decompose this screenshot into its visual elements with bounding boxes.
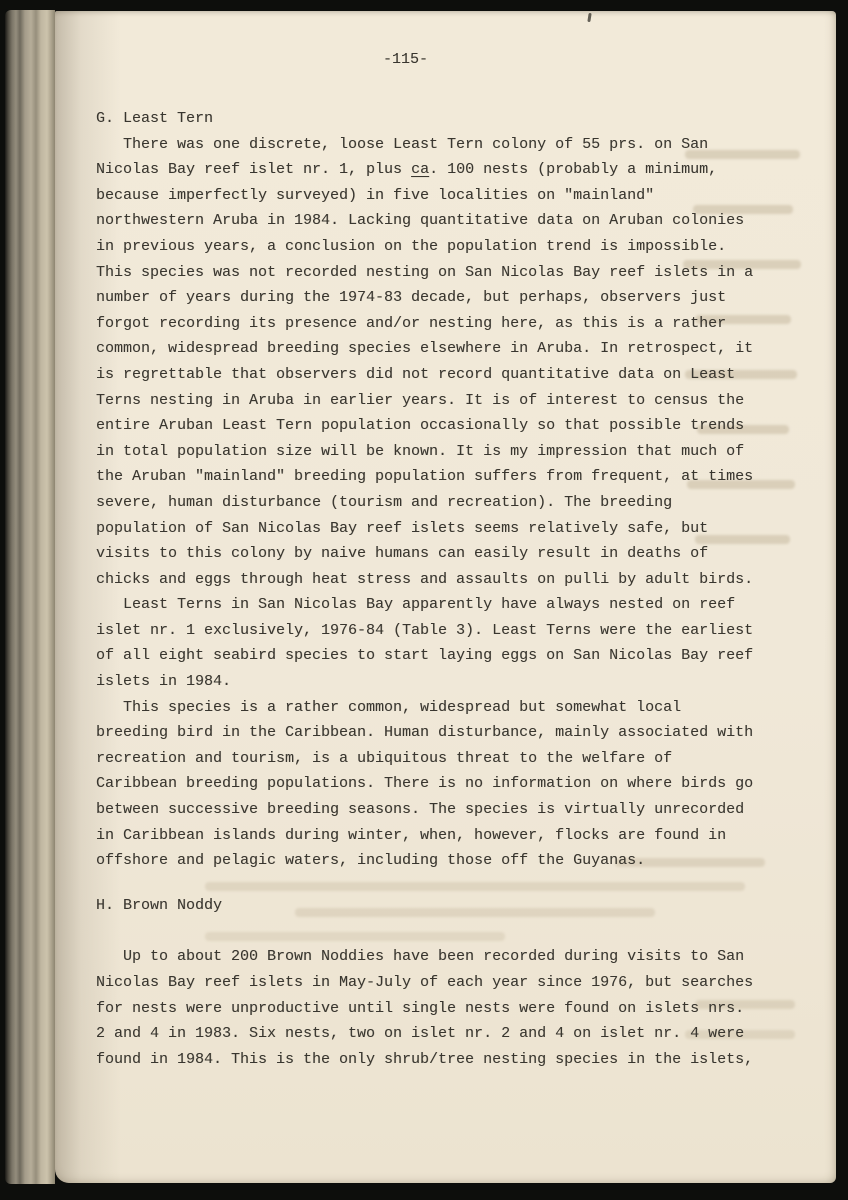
text-line: because imperfectly surveyed) in five lo… [96,183,776,209]
text-line: number of years during the 1974-83 decad… [96,285,776,311]
text-line: 2 and 4 in 1983. Six nests, two on islet… [96,1021,776,1047]
text-line: Terns nesting in Aruba in earlier years.… [96,388,776,414]
text-line: Caribbean breeding populations. There is… [96,771,776,797]
paragraph: Up to about 200 Brown Noddies have been … [96,944,776,1072]
underlined-text: ca [411,161,429,178]
text-line: Up to about 200 Brown Noddies have been … [96,944,776,970]
section-heading: H. Brown Noddy [96,893,776,919]
scanned-book-photo: -115- G. Least Tern There was one discre… [0,0,848,1200]
text-line: There was one discrete, loose Least Tern… [96,132,776,158]
text-line: in total population size will be known. … [96,439,776,465]
paragraph: This species is a rather common, widespr… [96,695,776,874]
text-line: islets in 1984. [96,669,776,695]
text-line: the Aruban "mainland" breeding populatio… [96,464,776,490]
text-line: visits to this colony by naive humans ca… [96,541,776,567]
text-line: This species was not recorded nesting on… [96,260,776,286]
text-line: entire Aruban Least Tern population occa… [96,413,776,439]
text-segment: Nicolas Bay reef islet nr. 1, plus [96,161,411,178]
document-page: -115- G. Least Tern There was one discre… [55,11,836,1183]
text-line: in previous years, a conclusion on the p… [96,234,776,260]
text-segment: . 100 nests (probably a minimum, [429,161,717,178]
text-line: population of San Nicolas Bay reef islet… [96,516,776,542]
text-line: forgot recording its presence and/or nes… [96,311,776,337]
text-line: for nests were unproductive until single… [96,996,776,1022]
text-line: in Caribbean islands during winter, when… [96,823,776,849]
paragraph: Least Terns in San Nicolas Bay apparentl… [96,592,776,694]
text-line: of all eight seabird species to start la… [96,643,776,669]
text-line: northwestern Aruba in 1984. Lacking quan… [96,208,776,234]
text-line: Nicolas Bay reef islets in May-July of e… [96,970,776,996]
text-line: common, widespread breeding species else… [96,336,776,362]
text-line: recreation and tourism, is a ubiquitous … [96,746,776,772]
text-line: is regrettable that observers did not re… [96,362,776,388]
page-number: -115- [383,51,428,69]
text-line: chicks and eggs through heat stress and … [96,567,776,593]
text-line: offshore and pelagic waters, including t… [96,848,776,874]
paragraph: There was one discrete, loose Least Tern… [96,132,776,593]
text-line: found in 1984. This is the only shrub/tr… [96,1047,776,1073]
text-line: islet nr. 1 exclusively, 1976-84 (Table … [96,618,776,644]
text-line: breeding bird in the Caribbean. Human di… [96,720,776,746]
section-heading: G. Least Tern [96,106,776,132]
text-line: severe, human disturbance (tourism and r… [96,490,776,516]
text-line: Least Terns in San Nicolas Bay apparentl… [96,592,776,618]
text-line: This species is a rather common, widespr… [96,695,776,721]
text-line: Nicolas Bay reef islet nr. 1, plus ca. 1… [96,157,776,183]
text-line: G. Least Tern [96,106,776,132]
book-page-edges [5,10,55,1184]
text-line: between successive breeding seasons. The… [96,797,776,823]
scan-artifact-speck [587,13,591,22]
text-line: H. Brown Noddy [96,893,776,919]
text-body: G. Least Tern There was one discrete, lo… [96,106,776,1072]
